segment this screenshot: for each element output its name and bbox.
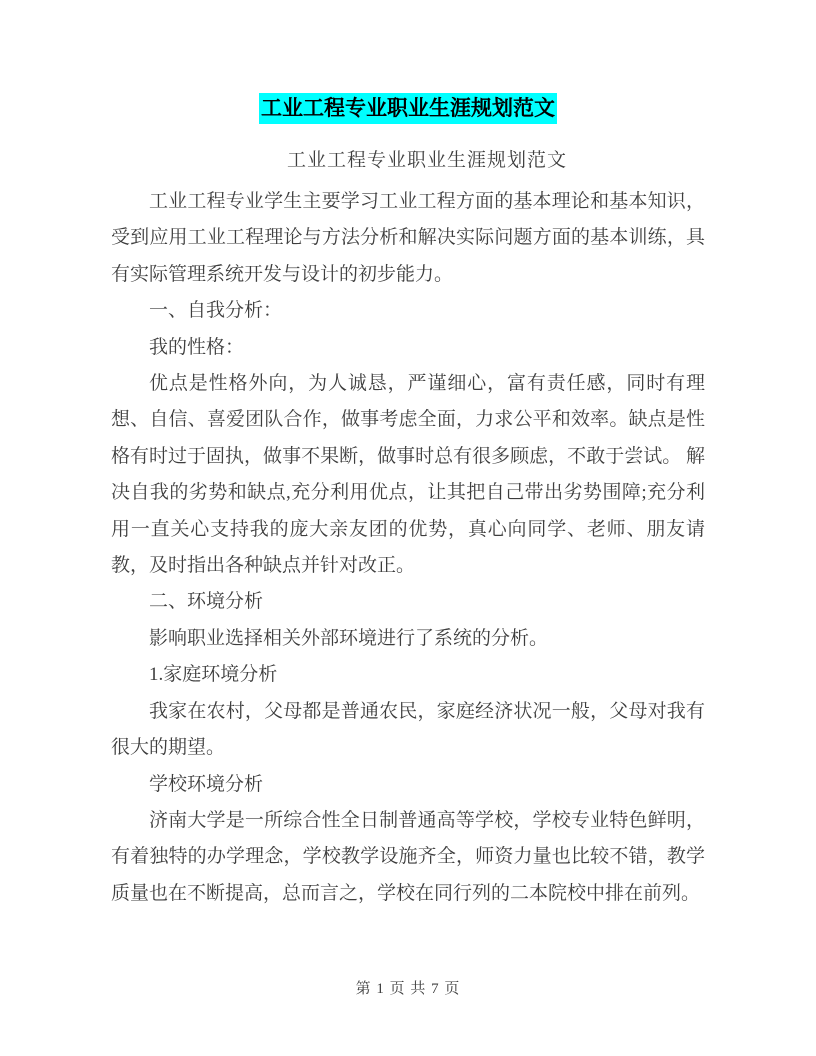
heading-self-analysis: 一、自我分析： <box>111 293 705 329</box>
heading-environment-analysis: 二、环境分析 <box>111 584 705 620</box>
paragraph-intro: 工业工程专业学生主要学习工业工程方面的基本理论和基本知识，受到应用工业工程理论与… <box>111 184 705 293</box>
paragraph-personality: 优点是性格外向，为人诚恳，严谨细心，富有责任感，同时有理想、自信、喜爱团队合作，… <box>111 366 705 584</box>
paragraph-environment-intro: 影响职业选择相关外部环境进行了系统的分析。 <box>111 621 705 657</box>
document-subtitle: 工业工程专业职业生涯规划范文 <box>111 148 705 174</box>
title-highlight: 工业工程专业职业生涯规划范文 <box>259 93 557 124</box>
page-number-footer: 第 1 页 共 7 页 <box>0 977 816 998</box>
document-page: 工业工程专业职业生涯规划范文 工业工程专业职业生涯规划范文 工业工程专业学生主要… <box>0 0 816 1056</box>
document-body: 工业工程专业学生主要学习工业工程方面的基本理论和基本知识，受到应用工业工程理论与… <box>111 184 705 912</box>
document-title: 工业工程专业职业生涯规划范文 <box>0 93 816 123</box>
heading-school-environment: 学校环境分析 <box>111 767 705 803</box>
paragraph-school-environment: 济南大学是一所综合性全日制普通高等学校，学校专业特色鲜明，有着独特的办学理念，学… <box>111 803 705 912</box>
paragraph-family-environment: 我家在农村，父母都是普通农民，家庭经济状况一般，父母对我有很大的期望。 <box>111 694 705 767</box>
heading-family-environment: 1.家庭环境分析 <box>111 657 705 693</box>
heading-my-personality: 我的性格： <box>111 330 705 366</box>
